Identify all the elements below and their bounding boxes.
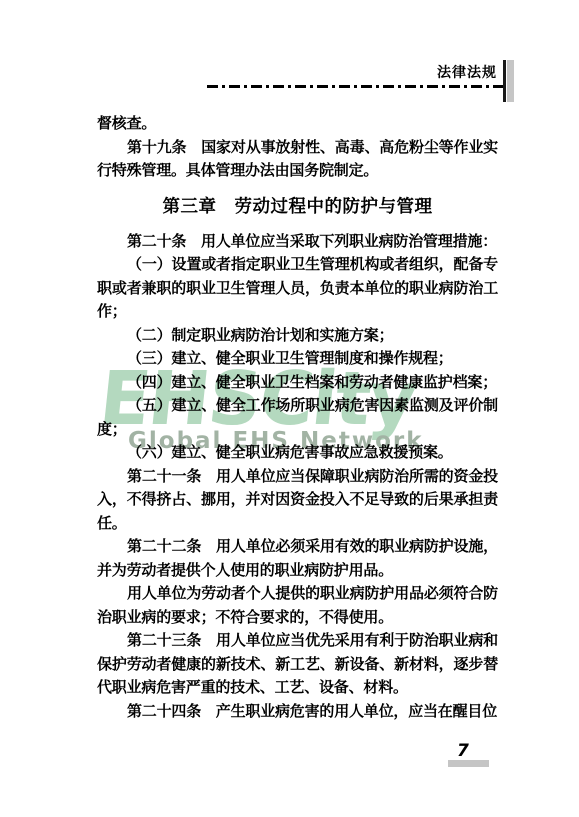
- paragraph: （二）制定职业病防治计划和实施方案；: [97, 324, 498, 348]
- document-page: EHSCity Global EHS Network 法律法规 督核查。第十九条…: [0, 0, 579, 817]
- paragraph: 第二十一条 用人单位应当保障职业病防治所需的资金投入，不得挤占、挪用，并对因资金…: [97, 465, 498, 536]
- paragraph: 督核查。: [97, 112, 498, 136]
- document-body: 督核查。第十九条 国家对从事放射性、高毒、高危粉尘等作业实行特殊管理。具体管理办…: [97, 112, 498, 723]
- paragraph: 用人单位为劳动者个人提供的职业病防护用品必须符合防治职业病的要求；不符合要求的，…: [97, 582, 498, 629]
- header-section-label: 法律法规: [437, 62, 497, 82]
- chapter-heading: 第三章 劳动过程中的防护与管理: [97, 195, 498, 219]
- paragraph: （三）建立、健全职业卫生管理制度和操作规程；: [97, 347, 498, 371]
- paragraph: 第二十二条 用人单位必须采用有效的职业病防护设施，并为劳动者提供个人使用的职业病…: [97, 535, 498, 582]
- paragraph: 第二十条 用人单位应当采取下列职业病防治管理措施：: [97, 230, 498, 254]
- header-dash-dot-rule: [207, 85, 505, 88]
- paragraph: （五）建立、健全工作场所职业病危害因素监测及评价制度；: [97, 394, 498, 441]
- page-edge-bar: [503, 60, 514, 102]
- page-number-underline: [448, 760, 489, 767]
- paragraph: 第二十四条 产生职业病危害的用人单位，应当在醒目位: [97, 700, 498, 724]
- paragraph: （四）建立、健全职业卫生档案和劳动者健康监护档案；: [97, 371, 498, 395]
- page-number: 7: [457, 741, 469, 761]
- paragraph: 第十九条 国家对从事放射性、高毒、高危粉尘等作业实行特殊管理。具体管理办法由国务…: [97, 136, 498, 183]
- edge-bar-line: [503, 60, 506, 102]
- paragraph: （一）设置或者指定职业卫生管理机构或者组织，配备专职或者兼职的职业卫生管理人员，…: [97, 253, 498, 324]
- edge-bar-shadow: [507, 60, 514, 102]
- paragraph: （六）建立、健全职业病危害事故应急救援预案。: [97, 441, 498, 465]
- paragraph: 第二十三条 用人单位应当优先采用有利于防治职业病和保护劳动者健康的新技术、新工艺…: [97, 629, 498, 700]
